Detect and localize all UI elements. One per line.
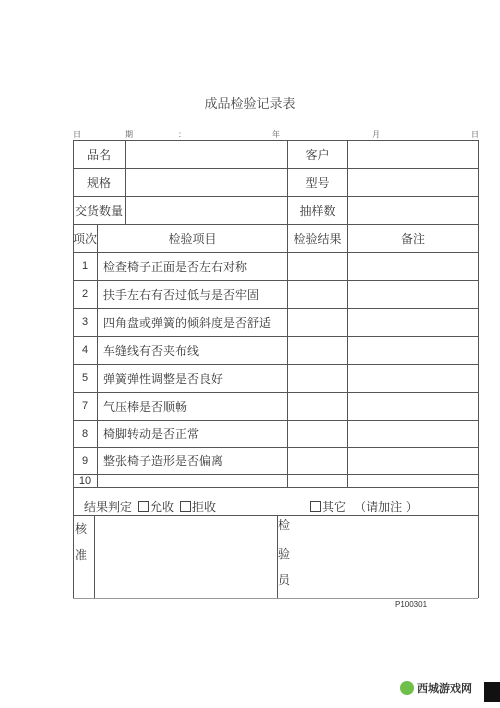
row-result-field[interactable] [288, 253, 347, 280]
row-result-field[interactable] [288, 393, 347, 420]
row-item: 检查椅子正面是否左右对称 [98, 252, 287, 280]
watermark: 西城游戏网 [400, 676, 492, 700]
row-remark-field[interactable] [348, 281, 478, 308]
judgement-row: 结果判定 允收 拒收 其它 （请加注 ） [84, 498, 418, 515]
row-item: 整张椅子造形是否偏离 [98, 447, 287, 474]
row-no: 4 [73, 336, 97, 364]
table-border [478, 140, 479, 598]
reject-checkbox[interactable] [180, 501, 191, 512]
row-item: 气压棒是否顺畅 [98, 392, 287, 420]
row-result-field[interactable] [288, 337, 347, 364]
row-result-field[interactable] [288, 448, 347, 474]
date-month: 月 [372, 129, 380, 140]
label-customer: 客户 [288, 140, 347, 168]
row-item: 四角盘或弹簧的倾斜度是否舒适 [98, 308, 287, 336]
row-remark-field[interactable] [348, 393, 478, 420]
row-result-field[interactable] [288, 365, 347, 392]
page-title: 成品检验记录表 [0, 93, 500, 112]
row-no: 1 [73, 252, 97, 280]
table-border [73, 598, 478, 599]
row-item: 车缝线有否夹布线 [98, 336, 287, 364]
row-result-field[interactable] [288, 421, 347, 447]
date-colon: ： [178, 129, 186, 140]
date-label-2: 期 [125, 129, 133, 140]
label-spec: 规格 [73, 168, 125, 196]
row-no: 8 [73, 420, 97, 447]
approve-char-1: 核 [75, 520, 87, 537]
accept-checkbox[interactable] [138, 501, 149, 512]
sample-qty-field[interactable] [348, 197, 478, 224]
row-no: 2 [73, 280, 97, 308]
delivery-qty-field[interactable] [126, 197, 287, 224]
column-header-remark: 备注 [348, 224, 478, 252]
row-result-field[interactable] [288, 281, 347, 308]
other-label: 其它 [322, 498, 346, 515]
divider [73, 487, 478, 488]
row-remark-field[interactable] [348, 337, 478, 364]
column-header-no: 项次 [73, 224, 97, 252]
approve-char-2: 准 [75, 546, 87, 563]
row-item: 椅脚转动是否正常 [98, 420, 287, 447]
column-header-result: 检验结果 [288, 224, 347, 252]
inspector-char-3: 员 [278, 571, 290, 588]
model-field[interactable] [348, 169, 478, 196]
date-day: 日 [471, 129, 479, 140]
row-remark-field[interactable] [348, 365, 478, 392]
row-remark-field[interactable] [348, 448, 478, 474]
row-no: 9 [73, 447, 97, 474]
judgement-label: 结果判定 [84, 498, 132, 515]
row-item: 弹簧弹性调整是否良好 [98, 364, 287, 392]
other-checkbox[interactable] [310, 501, 321, 512]
watermark-text: 西城游戏网 [417, 680, 472, 696]
watermark-bar [484, 682, 500, 702]
row-no: 5 [73, 364, 97, 392]
row-item: 扶手左右有否过低与是否牢固 [98, 280, 287, 308]
label-delivery-qty: 交货数量 [73, 196, 125, 224]
row-result-field[interactable] [288, 309, 347, 336]
row-remark-field[interactable] [348, 253, 478, 280]
date-year: 年 [272, 129, 280, 140]
product-name-field[interactable] [126, 141, 287, 168]
row-remark-field[interactable] [348, 309, 478, 336]
label-sample-qty: 抽样数 [288, 196, 347, 224]
watermark-logo-icon [400, 681, 414, 695]
inspector-char-1: 检 [278, 516, 290, 533]
date-label-1: 日 [73, 129, 81, 140]
inspector-signature-field[interactable] [292, 516, 478, 598]
row-result-field[interactable] [288, 475, 347, 487]
row-no: 7 [73, 392, 97, 420]
approve-signature-field[interactable] [95, 516, 277, 598]
row-no: 10 [73, 474, 97, 487]
row-remark-field[interactable] [348, 421, 478, 447]
label-product-name: 品名 [73, 140, 125, 168]
inspector-char-2: 验 [278, 545, 290, 562]
label-model: 型号 [288, 168, 347, 196]
column-header-item: 检验项目 [98, 224, 287, 252]
row-no: 3 [73, 308, 97, 336]
accept-label: 允收 [150, 498, 174, 515]
other-note: （请加注 ） [354, 498, 418, 515]
customer-field[interactable] [348, 141, 478, 168]
row-remark-field[interactable] [348, 475, 478, 487]
spec-field[interactable] [126, 169, 287, 196]
row-item[interactable] [98, 474, 287, 487]
form-code: P100301 [395, 600, 427, 609]
reject-label: 拒收 [192, 498, 216, 515]
